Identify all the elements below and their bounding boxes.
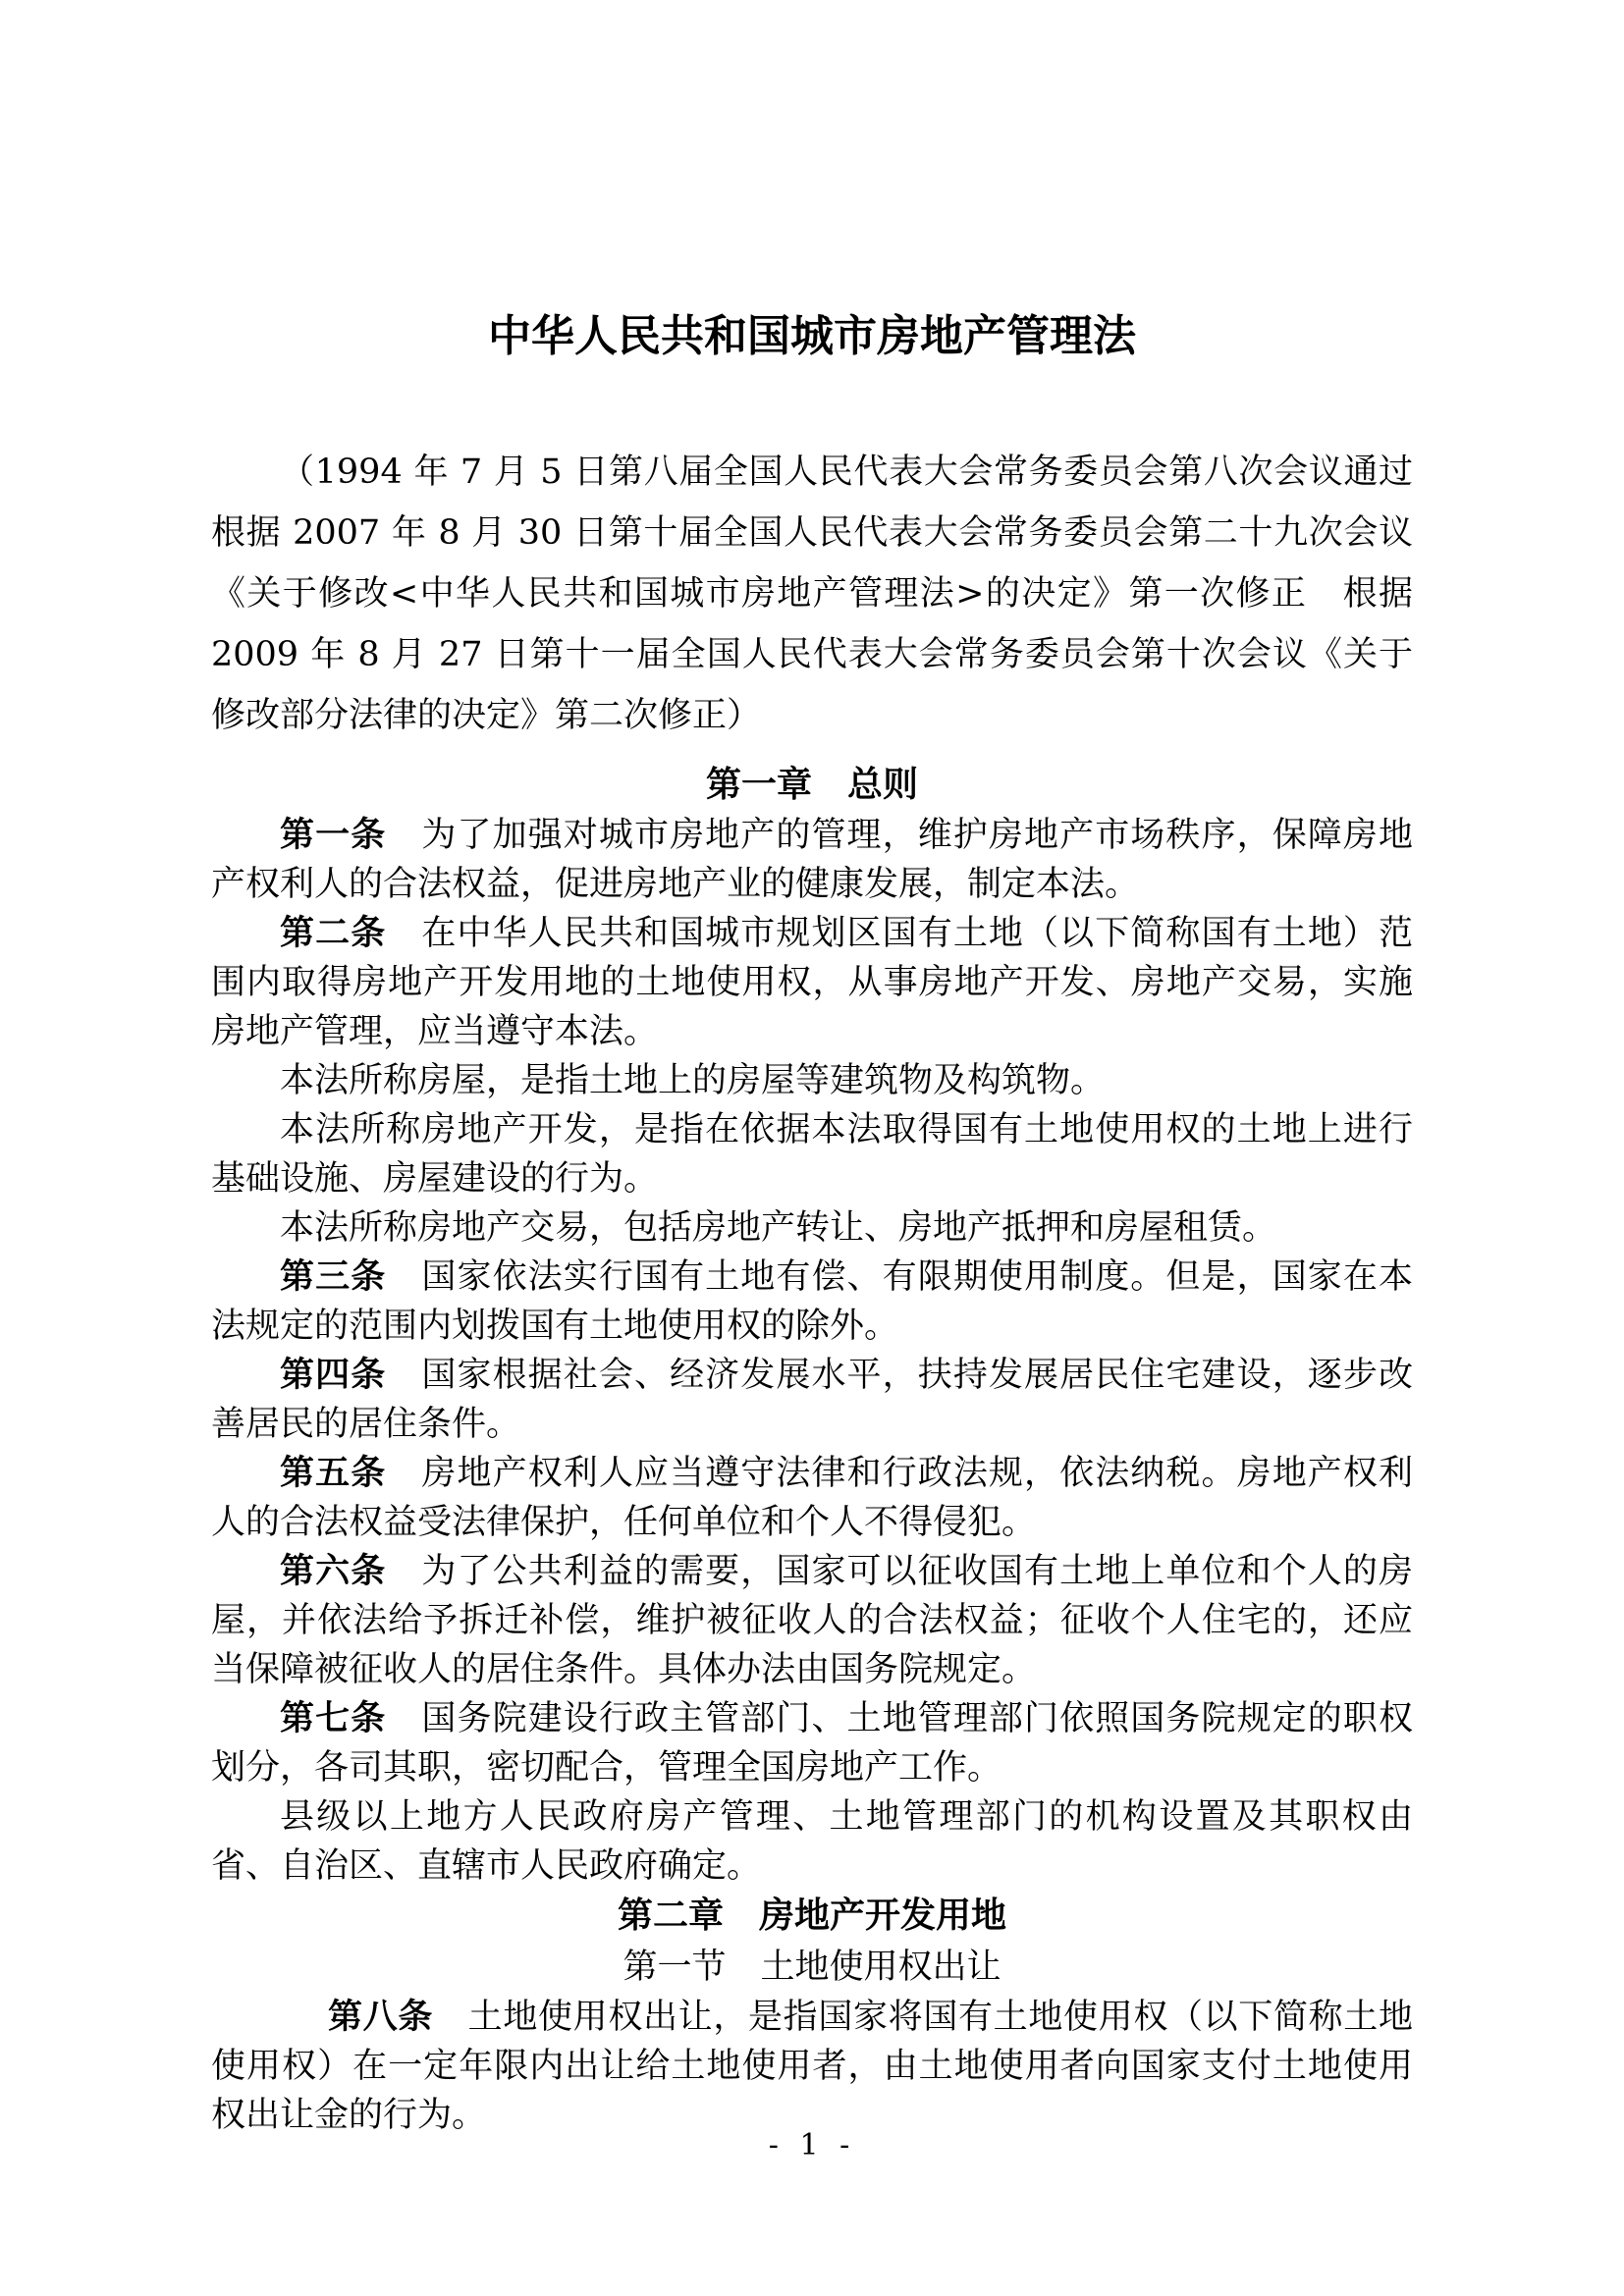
article-number: 第八条 (328, 1998, 433, 2037)
document-page: 中华人民共和国城市房地产管理法 （1994 年 7 月 5 日第八届全国人民代表… (0, 0, 1624, 2296)
body-paragraph: 本法所称房地产开发，是指在依据本法取得国有土地使用权的土地上进行基础设施、房屋建… (211, 1105, 1413, 1203)
article-number: 第四条 (280, 1356, 386, 1395)
article-paragraph: 第二条 在中华人民共和国城市规划区国有土地（以下简称国有土地）范围内取得房地产开… (211, 909, 1413, 1056)
article-paragraph: 第八条 土地使用权出让，是指国家将国有土地使用权（以下简称土地使用权）在一定年限… (211, 1993, 1413, 2140)
document-body: 第一章 总则第一条 为了加强对城市房地产的管理，维护房地产市场秩序，保障房地产权… (211, 760, 1413, 2140)
section-heading: 第一节 土地使用权出让 (211, 1942, 1413, 1993)
document-content: 中华人民共和国城市房地产管理法 （1994 年 7 月 5 日第八届全国人民代表… (211, 0, 1413, 2140)
article-number: 第二条 (280, 914, 386, 953)
article-number: 第七条 (280, 1699, 386, 1738)
article-paragraph: 第四条 国家根据社会、经济发展水平，扶持发展居民住宅建设，逐步改善居民的居住条件… (211, 1351, 1413, 1449)
article-paragraph: 第一条 为了加强对城市房地产的管理，维护房地产市场秩序，保障房地产权利人的合法权… (211, 811, 1413, 909)
page-number: - 1 - (0, 2128, 1624, 2163)
article-number: 第六条 (280, 1552, 386, 1591)
article-paragraph: 第五条 房地产权利人应当遵守法律和行政法规，依法纳税。房地产权利人的合法权益受法… (211, 1449, 1413, 1547)
chapter-heading: 第二章 房地产开发用地 (211, 1891, 1413, 1942)
body-paragraph: 本法所称房屋，是指土地上的房屋等建筑物及构筑物。 (211, 1056, 1413, 1105)
chapter-heading: 第一章 总则 (211, 760, 1413, 811)
article-number: 第三条 (280, 1257, 386, 1297)
body-paragraph: 县级以上地方人民政府房产管理、土地管理部门的机构设置及其职权由省、自治区、直辖市… (211, 1792, 1413, 1891)
article-paragraph: 第七条 国务院建设行政主管部门、土地管理部门依照国务院规定的职权划分，各司其职，… (211, 1694, 1413, 1792)
article-paragraph: 第三条 国家依法实行国有土地有偿、有限期使用制度。但是，国家在本法规定的范围内划… (211, 1253, 1413, 1351)
document-title: 中华人民共和国城市房地产管理法 (211, 310, 1413, 363)
article-number: 第五条 (280, 1454, 386, 1493)
body-paragraph: 本法所称房地产交易，包括房地产转让、房地产抵押和房屋租赁。 (211, 1203, 1413, 1253)
article-number: 第一条 (280, 816, 386, 855)
article-paragraph: 第六条 为了公共利益的需要，国家可以征收国有土地上单位和个人的房屋，并依法给予拆… (211, 1547, 1413, 1694)
preamble: （1994 年 7 月 5 日第八届全国人民代表大会常务委员会第八次会议通过 根… (211, 442, 1413, 746)
